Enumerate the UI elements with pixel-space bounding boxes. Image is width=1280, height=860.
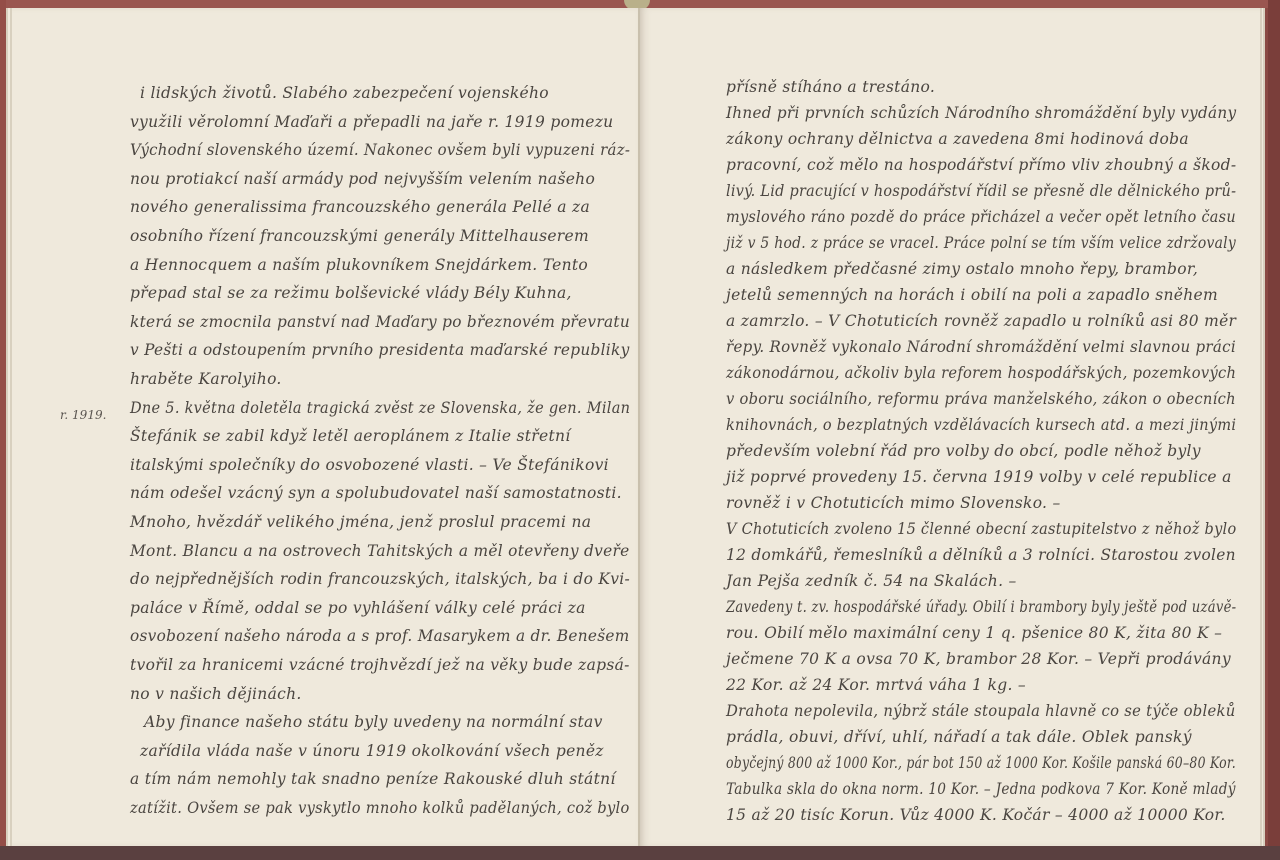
handwritten-line: nám odešel vzácný syn a spolubudovatel n…	[130, 484, 622, 502]
book-cover-bottom-edge	[0, 846, 1280, 860]
handwritten-line: Zavedeny t. zv. hospodářské úřady. Obilí…	[726, 598, 1236, 616]
handwritten-line: nového generalissima francouzského gener…	[130, 198, 590, 216]
margin-year-note: r. 1919.	[60, 408, 106, 422]
handwritten-line: livý. Lid pracující v hospodářství řídil…	[726, 182, 1236, 200]
handwritten-line: již poprvé provedeny 15. června 1919 vol…	[726, 468, 1232, 486]
handwritten-line: ječmene 70 K a ovsa 70 K, brambor 28 Kor…	[726, 650, 1231, 668]
handwritten-line: Dne 5. května doletěla tragická zvěst ze…	[130, 399, 630, 417]
handwritten-line: Aby finance našeho státu byly uvedeny na…	[144, 713, 603, 731]
handwritten-line: jetelů semenných na horách i obilí na po…	[726, 286, 1218, 304]
handwritten-line: pracovní, což mělo na hospodářství přímo…	[726, 156, 1236, 174]
handwritten-line: zákonodárnou, ačkoliv byla reforem hospo…	[726, 364, 1236, 382]
handwritten-line: myslového ráno pozdě do práce přicházel …	[726, 208, 1236, 226]
handwritten-line: paláce v Římě, oddal se po vyhlášení vál…	[130, 599, 586, 617]
handwritten-line: Mnoho, hvězdář velikého jména, jenž pros…	[130, 513, 591, 531]
handwritten-line: nou protiakcí naší armády pod nejvyšším …	[130, 170, 595, 188]
book-cover-right-edge	[1268, 0, 1280, 860]
left-page: r. 1919. i lidských životů. Slabého zabe…	[6, 8, 646, 846]
handwritten-line: knihovnách, o bezplatných vzdělávacích k…	[726, 416, 1236, 434]
handwritten-line: Východní slovenského území. Nakonec ovše…	[130, 141, 630, 159]
handwritten-line: a zamrzlo. – V Chotuticích rovněž zapadl…	[726, 312, 1236, 330]
handwritten-line: Ihned při prvních schůzích Národního shr…	[726, 104, 1236, 122]
handwritten-line: V Chotuticích zvoleno 15 členné obecní z…	[726, 520, 1236, 538]
handwritten-line: rou. Obilí mělo maximální ceny 1 q. pšen…	[726, 624, 1222, 642]
handwritten-line: Mont. Blancu a na ostrovech Tahitských a…	[130, 542, 630, 560]
handwritten-line: Drahota nepolevila, nýbrž stále stoupala…	[726, 702, 1236, 720]
handwritten-line: no v našich dějinách.	[130, 685, 302, 703]
handwritten-line: rovněž i v Chotuticích mimo Slovensko. –	[726, 494, 1061, 512]
handwritten-line: italskými společníky do osvobozené vlast…	[130, 456, 609, 474]
handwritten-line: řepy. Rovněž vykonalo Národní shromážděn…	[726, 338, 1236, 356]
handwritten-line: Štefánik se zabil když letěl aeroplánem …	[130, 427, 571, 445]
handwritten-line: Tabulka skla do okna norm. 10 Kor. – Jed…	[726, 780, 1236, 798]
handwritten-line: do nejpřednějších rodin francouzských, i…	[130, 570, 630, 588]
handwritten-line: v Pešti a odstoupením prvního presidenta…	[130, 341, 630, 359]
handwritten-line: využili věrolomní Maďaři a přepadli na j…	[130, 113, 613, 131]
handwritten-line: prádla, obuvi, dříví, uhlí, nářadí a tak…	[726, 728, 1192, 746]
handwritten-line: hraběte Karolyiho.	[130, 370, 282, 388]
handwritten-line: osvobození našeho národa a s prof. Masar…	[130, 627, 630, 645]
right-page: přísně stíháno a trestáno.Ihned při prvn…	[640, 8, 1265, 846]
handwritten-line: tvořil za hranicemi vzácné trojhvězdí je…	[130, 656, 630, 674]
handwritten-line: a následkem předčasné zimy ostalo mnoho …	[726, 260, 1198, 278]
handwritten-line: a tím nám nemohly tak snadno peníze Rako…	[130, 770, 616, 788]
handwritten-line: již v 5 hod. z práce se vracel. Práce po…	[726, 234, 1236, 252]
handwritten-line: v oboru sociálního, reformu práva manžel…	[726, 390, 1236, 408]
handwritten-line: přísně stíháno a trestáno.	[726, 78, 935, 96]
handwritten-line: přepad stal se za režimu bolševické vlád…	[130, 284, 572, 302]
handwritten-line: 22 Kor. až 24 Kor. mrtvá váha 1 kg. –	[726, 676, 1026, 694]
handwritten-line: Jan Pejša zedník č. 54 na Skalách. –	[726, 572, 1017, 590]
handwritten-line: osobního řízení francouzskými generály M…	[130, 227, 589, 245]
handwritten-line: 12 domkářů, řemeslníků a dělníků a 3 rol…	[726, 546, 1236, 564]
handwritten-line: zatížit. Ovšem se pak vyskytlo mnoho kol…	[130, 799, 630, 817]
handwritten-line: obyčejný 800 až 1000 Kor., pár bot 150 a…	[726, 754, 1236, 772]
handwritten-line: zařídila vláda naše v únoru 1919 okolkov…	[140, 742, 604, 760]
handwritten-line: především volební řád pro volby do obcí,…	[726, 442, 1201, 460]
handwritten-line: 15 až 20 tisíc Korun. Vůz 4000 K. Kočár …	[726, 806, 1226, 824]
handwritten-line: i lidských životů. Slabého zabezpečení v…	[140, 84, 549, 102]
handwritten-line: zákony ochrany dělnictva a zavedena 8mi …	[726, 130, 1189, 148]
handwritten-line: která se zmocnila panství nad Maďary po …	[130, 313, 630, 331]
handwritten-line: a Hennocquem a naším plukovníkem Snejdár…	[130, 256, 588, 274]
